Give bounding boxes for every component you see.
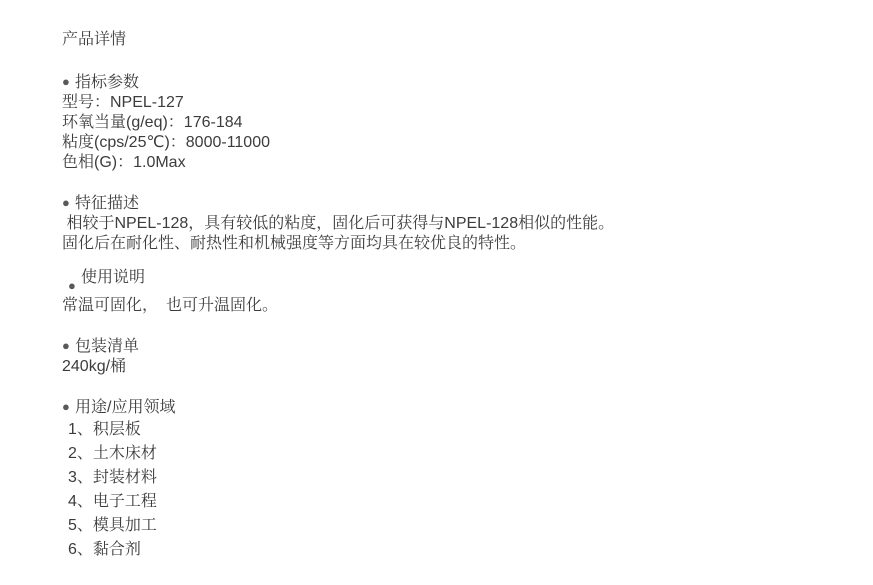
- packing-spec: 240kg/桶: [62, 357, 833, 377]
- section-heading-text: 包装清单: [75, 338, 139, 355]
- spec-epoxy-equivalent: 环氧当量(g/eq)：176-184: [62, 113, 833, 133]
- bullet-icon: ●: [62, 193, 75, 213]
- bullet-icon: ●: [68, 276, 81, 296]
- application-item: 4、电子工程: [62, 490, 833, 514]
- bullet-icon: ●: [62, 397, 75, 417]
- section-usage-instructions: ●使用说明 常温可固化， 也可升温固化。: [62, 274, 833, 316]
- application-item: 1、积层板: [62, 418, 833, 442]
- section-heading-applications: ●用途/应用领域: [62, 397, 833, 418]
- bullet-icon: ●: [62, 336, 75, 356]
- section-applications: ●用途/应用领域 1、积层板 2、土木床材 3、封装材料 4、电子工程 5、模具…: [62, 397, 833, 562]
- section-heading-text: 使用说明: [81, 269, 145, 286]
- spec-viscosity: 粘度(cps/25℃)：8000-11000: [62, 133, 833, 153]
- section-heading-text: 特征描述: [75, 195, 139, 212]
- application-item: 5、模具加工: [62, 514, 833, 538]
- application-item: 3、封装材料: [62, 466, 833, 490]
- spec-color-value: 色相(G)：1.0Max: [62, 153, 833, 173]
- section-packing-list: ●包装清单 240kg/桶: [62, 336, 833, 377]
- spec-model: 型号：NPEL-127: [62, 93, 833, 113]
- usage-instruction-line: 常温可固化， 也可升温固化。: [62, 296, 833, 316]
- section-heading-features: ●特征描述: [62, 193, 833, 214]
- product-detail-document: 产品详情 ●指标参数 型号：NPEL-127 环氧当量(g/eq)：176-18…: [0, 0, 873, 562]
- section-heading-packing: ●包装清单: [62, 336, 833, 357]
- section-specifications: ●指标参数 型号：NPEL-127 环氧当量(g/eq)：176-184 粘度(…: [62, 72, 833, 173]
- section-heading-text: 指标参数: [75, 74, 139, 91]
- section-feature-description: ●特征描述 相较于NPEL-128，具有较低的粘度，固化后可获得与NPEL-12…: [62, 193, 833, 254]
- feature-paragraph-line: 固化后在耐化性、耐热性和机械强度等方面均具在较优良的特性。: [62, 234, 833, 254]
- feature-paragraph-line: 相较于NPEL-128，具有较低的粘度，固化后可获得与NPEL-128相似的性能…: [62, 214, 833, 234]
- section-heading-text: 用途/应用领域: [75, 399, 175, 416]
- page-title: 产品详情: [62, 30, 833, 50]
- bullet-icon: ●: [62, 72, 75, 92]
- application-item: 2、土木床材: [62, 442, 833, 466]
- application-item: 6、黏合剂: [62, 538, 833, 562]
- section-heading-usage: ●使用说明: [62, 274, 833, 296]
- section-heading-specifications: ●指标参数: [62, 72, 833, 93]
